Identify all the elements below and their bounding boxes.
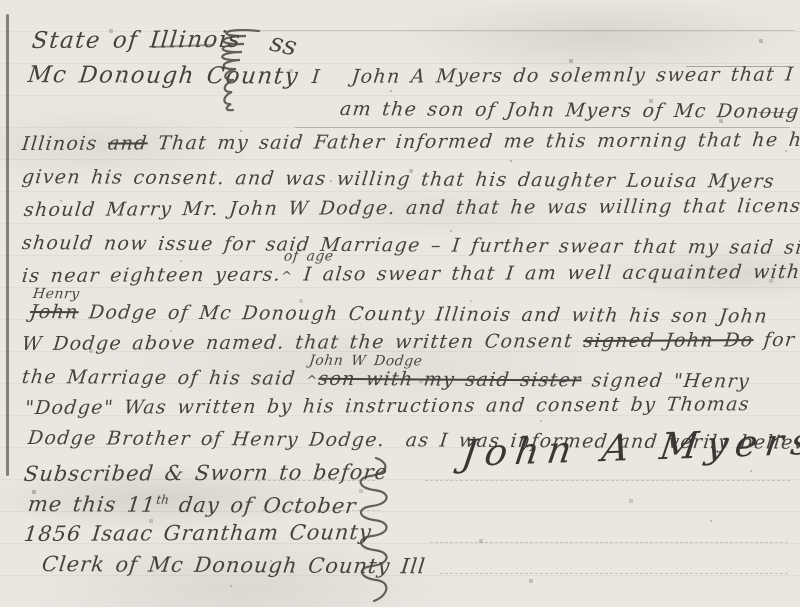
strikethrough-text: John: [29, 301, 80, 323]
dotted-leader: [430, 542, 788, 544]
dotted-leader: [440, 573, 788, 575]
affidavit-line-10: the Marriage of his said John W Dodge^so…: [21, 366, 751, 392]
insertion-text: Henry: [32, 286, 80, 302]
affidavit-line-9: W Dodge above named. that the written Co…: [21, 329, 797, 355]
insertion-text: of age: [283, 248, 334, 264]
attestation-line-2: me this 11th day of October: [27, 492, 358, 518]
text-segment: Dodge of Mc Donough County Illinois and …: [77, 301, 769, 327]
text-segment: Illinois: [21, 133, 109, 155]
crease-line: [255, 30, 795, 31]
caret-mark: ^: [280, 270, 294, 285]
attestation-line-3: 1856 Isaac Grantham County: [23, 520, 373, 546]
affidavit-line-11: "Dodge" Was written by his instructions …: [24, 393, 751, 419]
text-segment: the Marriage of his said: [21, 366, 308, 390]
interlined-insertion: John W Dodge^: [305, 368, 320, 390]
affidavit-line-7: is near eighteen years.of age^ I also sw…: [21, 261, 800, 287]
insertion-text: John W Dodge: [308, 353, 423, 370]
affidavit-line-1: I John A Myers do solemnly swear that I: [311, 63, 795, 88]
affidavit-line-6: should now issue for said Marriage – I f…: [21, 232, 800, 259]
text-segment: That my said Father informed me this mor…: [147, 129, 800, 155]
text-segment: me this 11: [27, 492, 157, 517]
text-segment: signed "Henry: [580, 369, 751, 392]
text-segment: I also swear that I am well acquainted w…: [292, 261, 800, 286]
attestation-line-1: Subscribed & Sworn to before: [23, 460, 389, 486]
caret-mark: ^: [305, 374, 319, 389]
affidavit-line-2: am the son of John Myers of Mc Donough C…: [339, 98, 800, 123]
text-segment: day of October: [167, 493, 358, 518]
affidavit-line-3: Illinois and That my said Father informe…: [21, 129, 800, 155]
crease-line: [295, 127, 790, 128]
strikethrough-text: son with my said sister: [317, 368, 583, 392]
affidavit-line-5: should Marry Mr. John W Dodge. and that …: [23, 195, 800, 221]
text-segment: W Dodge above named. that the written Co…: [21, 330, 585, 355]
strikethrough-text: signed John Do: [582, 329, 754, 352]
text-segment: for: [752, 329, 796, 351]
scan-edge: [6, 14, 9, 476]
attestation-line-4: Clerk of Mc Donough County Ill: [41, 552, 427, 578]
county-line: Mc Donough County: [27, 62, 301, 90]
state-line: State of Illinois: [31, 27, 243, 54]
ink-speckles: [0, 0, 2, 2]
affidavit-line-8: HenryJohn Dodge of Mc Donough County Ill…: [29, 301, 769, 328]
ss-mark: ss: [267, 28, 299, 63]
text-segment: is near eighteen years.: [21, 264, 282, 287]
document-scan: State of Illinois Mc Donough County ss I…: [0, 0, 800, 607]
strikethrough-text: and: [107, 132, 149, 154]
interlined-insertion: of age^: [280, 264, 294, 286]
dotted-leader: [425, 480, 790, 482]
affidavit-line-4: given his consent. and was willing that …: [21, 166, 776, 193]
signature: John A Myers: [459, 420, 800, 475]
interlined-insertion: HenryJohn: [29, 301, 80, 323]
